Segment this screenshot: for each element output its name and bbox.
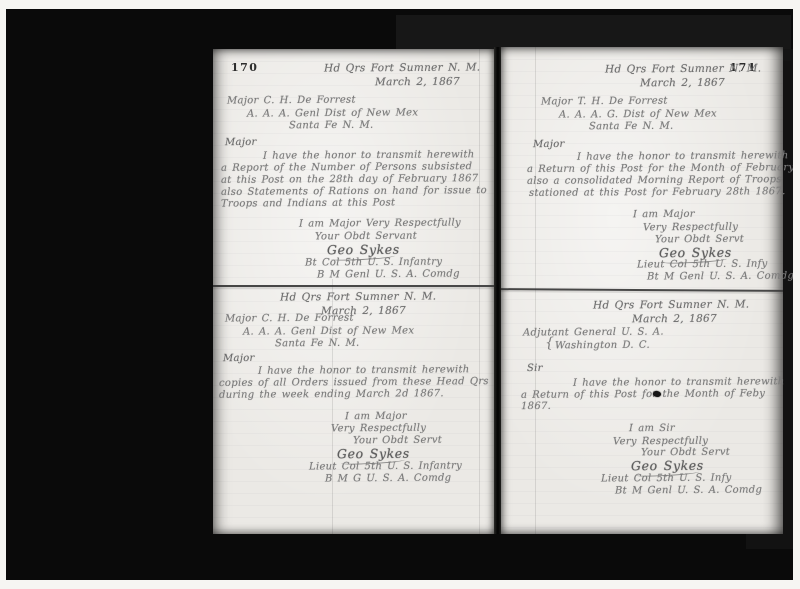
addressee-line: Major C. H. De Forrest	[225, 313, 354, 325]
signature-title: Lieut Col 5th U. S. Infantry	[309, 460, 462, 472]
salutation: Major	[225, 137, 257, 148]
closing-line: Very Respectfully	[643, 222, 738, 234]
body-line: I have the honor to transmit herewith	[577, 150, 789, 162]
signature-title: Lieut Col 5th U. S. Infy	[601, 473, 732, 485]
page-crease	[535, 47, 536, 534]
closing-line: I am Major	[633, 209, 695, 220]
letter-separator-rule	[501, 288, 783, 291]
closing-line: Very Respectfully	[331, 423, 426, 435]
addressee-line: A. A. A. Genl Dist of New Mex	[243, 325, 414, 337]
dateline-place: Hd Qrs Fort Sumner N. M.	[605, 62, 761, 75]
dateline-place: Hd Qrs Fort Sumner N. M.	[324, 61, 480, 74]
body-line: 1867.	[521, 401, 551, 412]
letterbook-page-left: 170 Hd Qrs Fort Sumner N. M. March 2, 18…	[213, 49, 494, 534]
salutation: Sir	[527, 363, 543, 374]
page-crease	[479, 49, 480, 534]
closing-line: Your Obdt Servt	[353, 435, 442, 447]
body-line: I have the honor to transmit herewith	[263, 149, 475, 161]
body-line: I have the honor to transmit herewith	[258, 364, 470, 376]
addressee-line: A. A. A. G. Dist of New Mex	[559, 108, 717, 120]
body-line: also Statements of Rations on hand for i…	[221, 185, 487, 198]
microfilm-frame: 170 Hd Qrs Fort Sumner N. M. March 2, 18…	[6, 9, 793, 580]
signature-title: B M Genl U. S. A. Comdg	[317, 269, 460, 281]
salutation: Major	[223, 353, 255, 364]
book-spine-gutter	[494, 47, 501, 534]
closing-line: Your Obdt Servt	[655, 234, 744, 246]
dateline-place: Hd Qrs Fort Sumner N. M.	[593, 298, 749, 311]
signature-title: Bt M Genl U. S. A. Comdg	[615, 484, 762, 496]
closing-line: I am Major	[345, 411, 407, 422]
letterbook-page-right: 171 Hd Qrs Fort Sumner N. M. March 2, 18…	[501, 47, 783, 534]
closing-line: Your Obdt Servt	[641, 447, 730, 459]
body-line: stationed at this Post for February 28th…	[529, 186, 786, 199]
letter-separator-rule	[213, 285, 494, 287]
body-line: copies of all Orders issued from these H…	[219, 376, 489, 389]
dateline-place: Hd Qrs Fort Sumner N. M.	[280, 290, 436, 303]
closing-line: Very Respectfully	[613, 436, 708, 448]
addressee-line: A. A. A. Genl Dist of New Mex	[247, 107, 418, 119]
body-line: a Return of this Post for the Month of F…	[521, 388, 765, 401]
closing-line: I am Major Very Respectfully	[299, 217, 461, 229]
addressee-line: Major T. H. De Forrest	[541, 96, 668, 108]
body-line: during the week ending March 2d 1867.	[219, 388, 444, 401]
signature-title: Lieut Col 5th U. S. Infy	[637, 259, 768, 271]
body-line: a Report of the Number of Persons subsis…	[221, 161, 472, 174]
addressee-line: Santa Fe N. M.	[289, 120, 374, 132]
dateline-date: March 2, 1867	[375, 76, 460, 89]
page-number-170: 170	[231, 61, 258, 74]
body-line: also a consolidated Morning Report of Tr…	[527, 174, 782, 187]
addressee-line: Santa Fe N. M.	[589, 121, 674, 133]
closing-line: Your Obdt Servant	[315, 231, 417, 243]
addressee-line: Major C. H. De Forrest	[227, 95, 356, 107]
signature-title: Bt Col 5th U. S. Infantry	[305, 257, 442, 269]
dateline-date: March 2, 1867	[632, 313, 717, 326]
addressee-line: Santa Fe N. M.	[275, 338, 360, 350]
body-line: Troops and Indians at this Post	[221, 197, 395, 209]
salutation: Major	[533, 139, 565, 150]
body-line: a Return of this Post for the Month of F…	[527, 162, 793, 175]
signature-title: B M G U. S. A. Comdg	[325, 473, 451, 485]
signature-title: Bt M Genl U. S. A. Comdg	[647, 270, 793, 282]
addressee-line: Washington D. C.	[555, 340, 650, 352]
addressee-brace: {	[545, 335, 554, 351]
body-line: I have the honor to transmit herewith	[573, 376, 785, 388]
dateline-date: March 2, 1867	[640, 77, 725, 90]
closing-line: I am Sir	[629, 423, 675, 434]
body-line: at this Post on the 28th day of February…	[221, 173, 478, 186]
